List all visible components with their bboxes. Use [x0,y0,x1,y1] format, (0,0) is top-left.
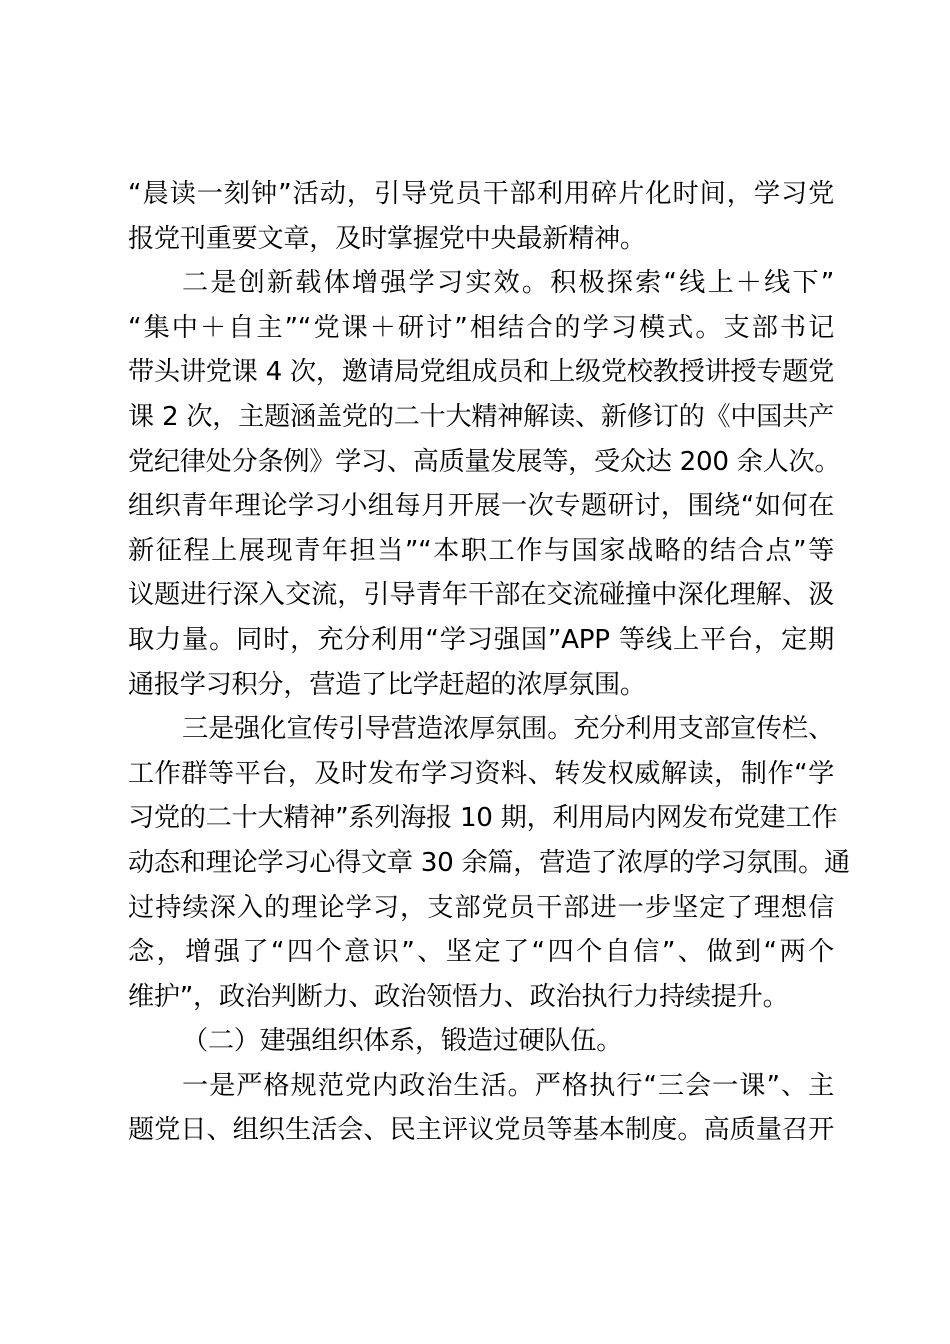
text-line: 二是创新载体增强学习实效。积极探索“线上＋线下” [128,261,834,306]
text-line: 一是严格规范党内政治生活。严格执行“三会一课”、主 [128,1064,834,1109]
text-line: 党纪律处分条例》学习、高质量发展等，受众达 200 余人次。 [128,440,834,485]
text-line: 带头讲党课 4 次，邀请局党组成员和上级党校教授讲授专题党 [128,350,834,395]
text-line: 过持续深入的理论学习，支部党员干部进一步坚定了理想信 [128,886,834,931]
text-line: 取力量。同时，充分利用“学习强国”APP 等线上平台，定期 [128,618,834,663]
text-line: 动态和理论学习心得文章 30 余篇，营造了浓厚的学习氛围。通 [128,841,834,886]
text-line: 课 2 次，主题涵盖党的二十大精神解读、新修订的《中国共产 [128,395,834,440]
text-line: （二）建强组织体系，锻造过硬队伍。 [128,1019,834,1064]
text-line: 议题进行深入交流，引导青年干部在交流碰撞中深化理解、汲 [128,573,834,618]
document-page: “晨读一刻钟”活动，引导党员干部利用碎片化时间，学习党报党刊重要文章，及时掌握党… [128,172,834,1153]
text-line: 组织青年理论学习小组每月开展一次专题研讨，围绕“如何在 [128,484,834,529]
text-line: “晨读一刻钟”活动，引导党员干部利用碎片化时间，学习党 [128,172,834,217]
text-line: 新征程上展现青年担当”“本职工作与国家战略的结合点”等 [128,529,834,574]
text-line: 习党的二十大精神”系列海报 10 期，利用局内网发布党建工作 [128,796,834,841]
text-line: 题党日、组织生活会、民主评议党员等基本制度。高质量召开 [128,1108,834,1153]
text-line: 维护”，政治判断力、政治领悟力、政治执行力持续提升。 [128,975,834,1020]
text-line: 报党刊重要文章，及时掌握党中央最新精神。 [128,217,834,262]
text-line: 工作群等平台，及时发布学习资料、转发权威解读，制作“学 [128,752,834,797]
text-line: 念，增强了“四个意识”、坚定了“四个自信”、做到“两个 [128,930,834,975]
text-line: 通报学习积分，营造了比学赶超的浓厚氛围。 [128,663,834,708]
text-line: “集中＋自主”“党课＋研讨”相结合的学习模式。支部书记 [128,306,834,351]
text-line: 三是强化宣传引导营造浓厚氛围。充分利用支部宣传栏、 [128,707,834,752]
